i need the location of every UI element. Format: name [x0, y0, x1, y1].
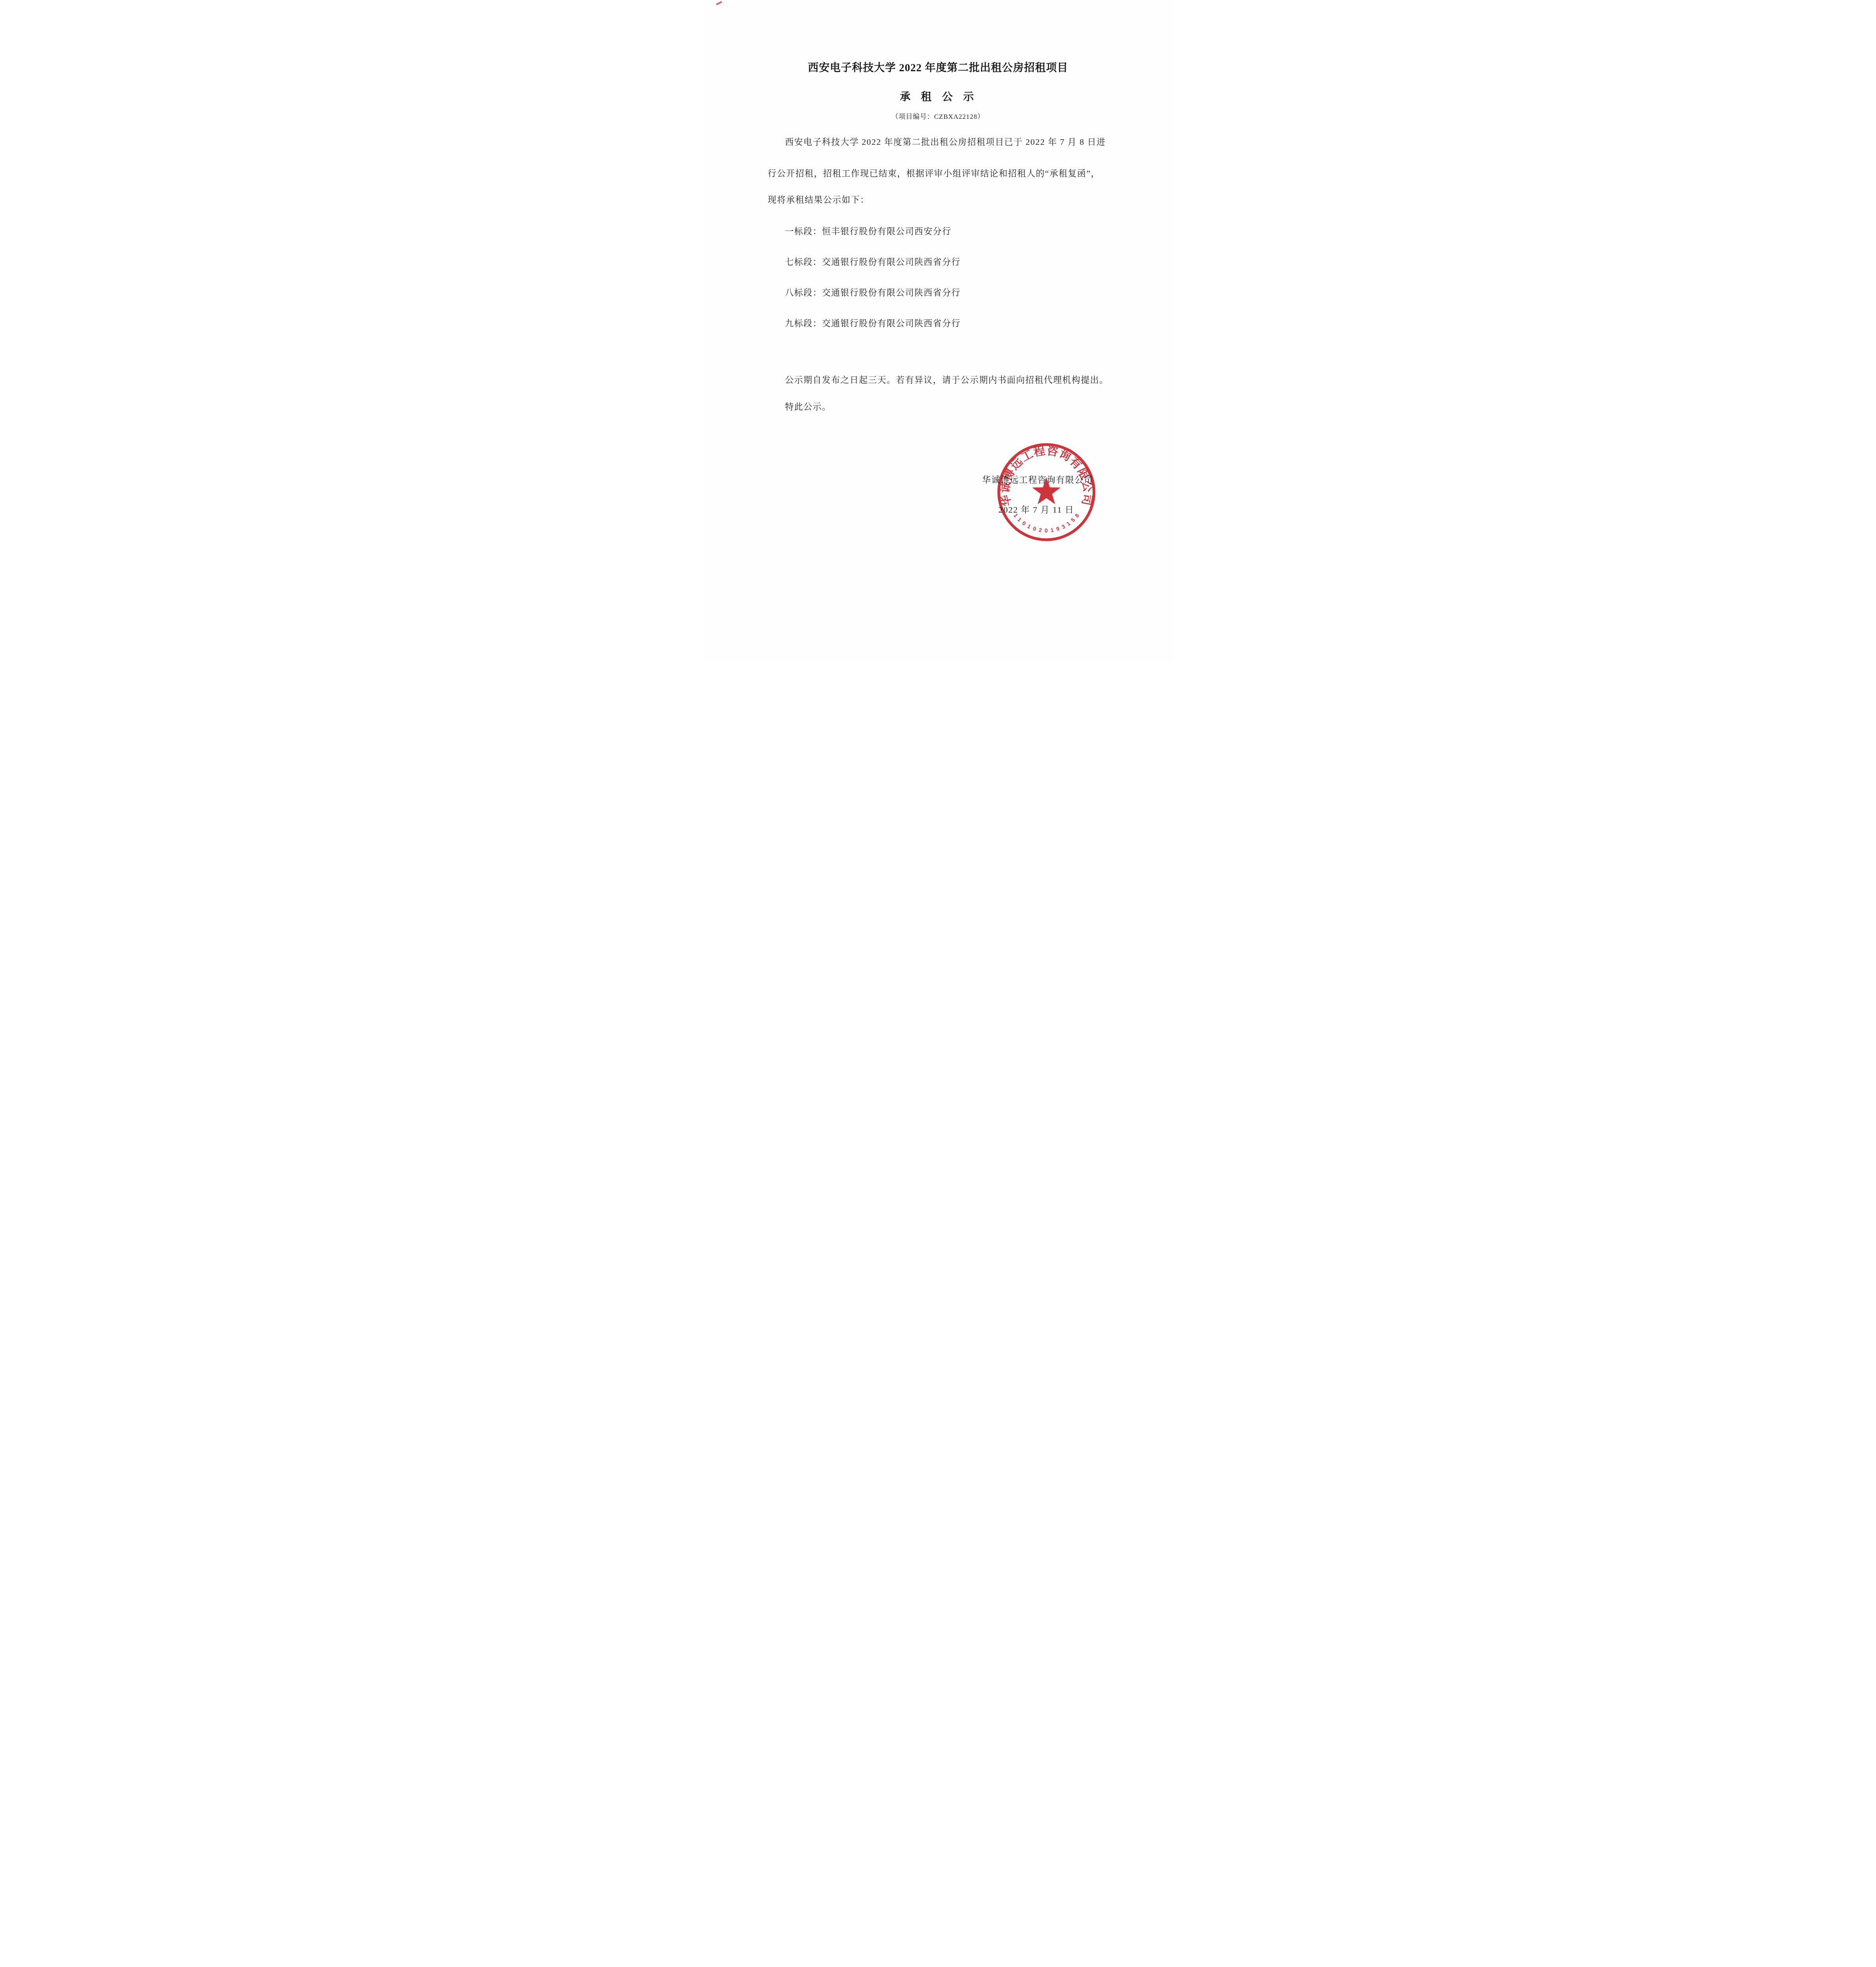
bid-result-line: 九标段：交通银行股份有限公司陕西省分行: [768, 318, 1122, 329]
page-title: 西安电子科技大学 2022 年度第二批出租公房招租项目: [704, 59, 1173, 74]
seal-serial-wrap: 1101020193158: [1012, 512, 1080, 533]
body-line: 现将承租结果公示如下：: [768, 194, 1122, 205]
seal-serial-number: 1101020193158: [1012, 512, 1080, 533]
project-number: （项目编号：CZBXA22128）: [704, 111, 1173, 121]
star-icon: [1032, 477, 1060, 504]
page-subtitle: 承 租 公 示: [704, 88, 1173, 103]
bid-result-line: 七标段：交通银行股份有限公司陕西省分行: [768, 256, 1122, 268]
bid-result-line: 八标段：交通银行股份有限公司陕西省分行: [768, 287, 1122, 298]
body-line: 西安电子科技大学 2022 年度第二批出租公房招租项目已于 2022 年 7 月…: [768, 137, 1122, 148]
closing-line: 特此公示。: [768, 401, 1122, 412]
bid-result-line: 一标段：恒丰银行股份有限公司西安分行: [768, 226, 1122, 237]
stamp-ink-artifact: [716, 1, 722, 5]
announcement-document-page: 西安电子科技大学 2022 年度第二批出租公房招租项目 承 租 公 示 （项目编…: [704, 0, 1173, 662]
closing-line: 公示期自发布之日起三天。若有异议，请于公示期内书面向招租代理机构提出。: [768, 375, 1122, 386]
body-line: 行公开招租，招租工作现已结束，根据评审小组评审结论和招租人的“承租复函”，: [768, 168, 1122, 179]
company-seal-stamp: 华诚博远工程咨询有限公司 1101020193158: [995, 441, 1098, 543]
